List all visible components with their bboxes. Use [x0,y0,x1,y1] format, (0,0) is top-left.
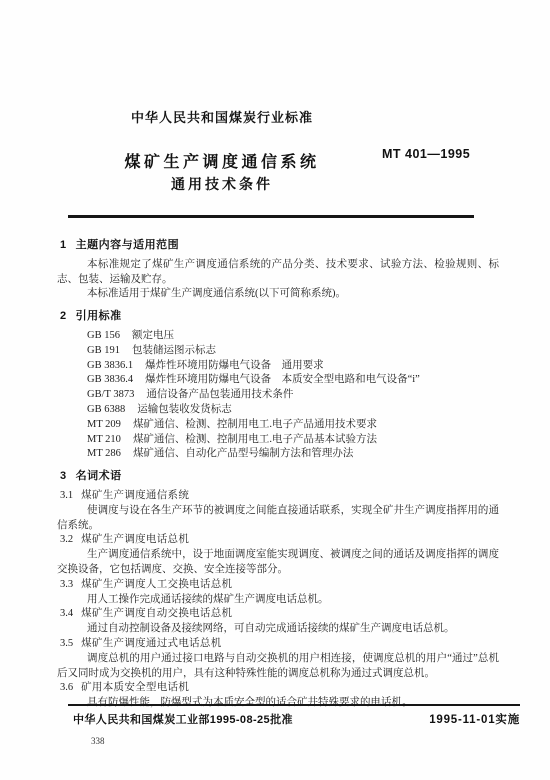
term-name: 煤矿生产调度通信系统 [81,490,189,501]
reference-code: GB 3836.4 [87,374,133,385]
reference-item: GB 156额定电压 [57,329,499,344]
reference-title: 额定电压 [132,330,174,341]
reference-title: 煤矿通信、检测、控制用电工.电子产品基本试验方法 [133,434,377,445]
section-number: 3 [60,470,67,482]
doc-title-line2: 通用技术条件 [0,174,444,194]
reference-item: MT 209煤矿通信、检测、控制用电工.电子产品通用技术要求 [57,418,499,433]
term-name: 煤矿生产调度人工交换电话总机 [81,579,232,590]
reference-item: MT 286煤矿通信、自动化产品型号编制方法和管理办法 [57,447,499,462]
reference-title: 运输包装收发货标志 [137,404,232,415]
term-definition: 通过自动控制设备及接续网络，可自动完成通话接续的煤矿生产调度电话总机。 [57,622,499,637]
scope-paragraph: 本标准适用于煤矿生产调度通信系统(以下可简称系统)。 [57,287,499,302]
section-number: 2 [60,310,67,322]
term-heading: 3.5煤矿生产调度通过式电话总机 [57,637,499,652]
implementation-note: 1995-11-01实施 [429,711,520,727]
approval-note: 中华人民共和国煤炭工业部1995-08-25批准 [73,711,293,727]
term-item: 3.1煤矿生产调度通信系统 使调度与设在各生产环节的被调度之间能直接通话联系，实… [57,489,499,533]
term-heading: 3.4煤矿生产调度自动交换电话总机 [57,607,499,622]
page-number: 338 [91,736,105,746]
reference-title: 爆炸性环境用防爆电气设备 本质安全型电路和电气设备“i” [145,374,420,385]
section-title: 名词术语 [76,470,122,482]
term-number: 3.3 [60,579,73,590]
section-heading-references: 2引用标准 [57,309,499,324]
reference-title: 包装储运图示标志 [132,345,216,356]
section-heading-scope: 1主题内容与适用范围 [57,238,499,253]
term-number: 3.1 [60,490,73,501]
term-name: 矿用本质安全型电话机 [81,682,189,693]
term-item: 3.6矿用本质安全型电话机 具有防爆性能，防爆型式为本质安全型的适合矿井特殊要求… [57,681,499,711]
footer-rule [68,704,520,706]
reference-code: GB 6388 [87,404,125,415]
document-page: 中华人民共和国煤炭行业标准 煤矿生产调度通信系统 通用技术条件 MT 401—1… [0,0,550,780]
term-number: 3.4 [60,608,73,619]
standard-number: MT 401—1995 [382,147,470,161]
term-number: 3.6 [60,682,73,693]
scope-paragraph: 本标准规定了煤矿生产调度通信系统的产品分类、技术要求、试验方法、检验规则、标志、… [57,258,499,288]
reference-code: MT 210 [87,434,121,445]
reference-code: GB 191 [87,345,120,356]
header-rule [68,215,474,218]
term-item: 3.2煤矿生产调度电话总机 生产调度通信系统中，设于地面调度室能实现调度、被调度… [57,533,499,577]
reference-code: GB/T 3873 [87,389,134,400]
term-number: 3.2 [60,534,73,545]
term-item: 3.4煤矿生产调度自动交换电话总机 通过自动控制设备及接续网络，可自动完成通话接… [57,607,499,637]
term-number: 3.5 [60,638,73,649]
term-definition: 用人工操作完成通话接续的煤矿生产调度电话总机。 [57,593,499,608]
term-heading: 3.2煤矿生产调度电话总机 [57,533,499,548]
reference-item: GB 191包装储运图示标志 [57,344,499,359]
term-item: 3.5煤矿生产调度通过式电话总机 调度总机的用户通过接口电路与自动交换机的用户相… [57,637,499,681]
term-definition: 调度总机的用户通过接口电路与自动交换机的用户相连接，使调度总机的用户“通过”总机… [57,652,499,682]
reference-code: GB 3836.1 [87,360,133,371]
section-title: 引用标准 [76,310,122,322]
term-item: 3.3煤矿生产调度人工交换电话总机 用人工操作完成通话接续的煤矿生产调度电话总机… [57,578,499,608]
reference-item: GB/T 3873通信设备产品包装通用技术条件 [57,388,499,403]
reference-list: GB 156额定电压 GB 191包装储运图示标志 GB 3836.1爆炸性环境… [57,329,499,462]
reference-item: GB 3836.4爆炸性环境用防爆电气设备 本质安全型电路和电气设备“i” [57,373,499,388]
doc-title-line1: 煤矿生产调度通信系统 [0,149,444,172]
reference-title: 煤矿通信、检测、控制用电工.电子产品通用技术要求 [133,419,377,430]
term-heading: 3.1煤矿生产调度通信系统 [57,489,499,504]
term-heading: 3.3煤矿生产调度人工交换电话总机 [57,578,499,593]
term-name: 煤矿生产调度通过式电话总机 [81,638,221,649]
term-definition: 生产调度通信系统中，设于地面调度室能实现调度、被调度之间的通话及调度指挥的调度交… [57,548,499,578]
reference-code: GB 156 [87,330,120,341]
term-definition: 使调度与设在各生产环节的被调度之间能直接通话联系，实现全矿井生产调度指挥用的通信… [57,504,499,534]
reference-item: MT 210煤矿通信、检测、控制用电工.电子产品基本试验方法 [57,433,499,448]
standard-kicker: 中华人民共和国煤炭行业标准 [0,107,444,126]
term-name: 煤矿生产调度电话总机 [81,534,189,545]
term-heading: 3.6矿用本质安全型电话机 [57,681,499,696]
reference-item: GB 6388运输包装收发货标志 [57,403,499,418]
reference-title: 煤矿通信、自动化产品型号编制方法和管理办法 [133,448,354,459]
term-name: 煤矿生产调度自动交换电话总机 [81,608,232,619]
document-body: 1主题内容与适用范围 本标准规定了煤矿生产调度通信系统的产品分类、技术要求、试验… [57,238,499,711]
reference-title: 通信设备产品包装通用技术条件 [146,389,293,400]
section-number: 1 [60,239,67,251]
section-title: 主题内容与适用范围 [76,239,180,251]
reference-code: MT 209 [87,419,121,430]
reference-title: 爆炸性环境用防爆电气设备 通用要求 [145,360,324,371]
reference-item: GB 3836.1爆炸性环境用防爆电气设备 通用要求 [57,359,499,374]
term-list: 3.1煤矿生产调度通信系统 使调度与设在各生产环节的被调度之间能直接通话联系，实… [57,489,499,711]
reference-code: MT 286 [87,448,121,459]
section-heading-terms: 3名词术语 [57,469,499,484]
